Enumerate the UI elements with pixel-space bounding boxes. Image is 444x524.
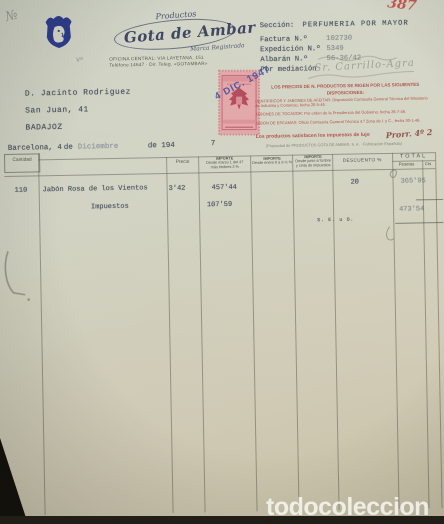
right-edge-loop: [386, 227, 393, 240]
watermark: todocoleccion: [266, 493, 429, 522]
total-check-mark: [390, 170, 396, 178]
invoice-content: № Productos Gota de Ambar Marca Registra…: [0, 0, 444, 524]
margin-flourish: [5, 252, 25, 295]
pencil-marks: [0, 0, 444, 524]
mediacion-scribble: [309, 71, 414, 78]
albaran-scribble: [318, 56, 396, 61]
scanned-invoice-photo: № Productos Gota de Ambar Marca Registra…: [0, 0, 444, 524]
